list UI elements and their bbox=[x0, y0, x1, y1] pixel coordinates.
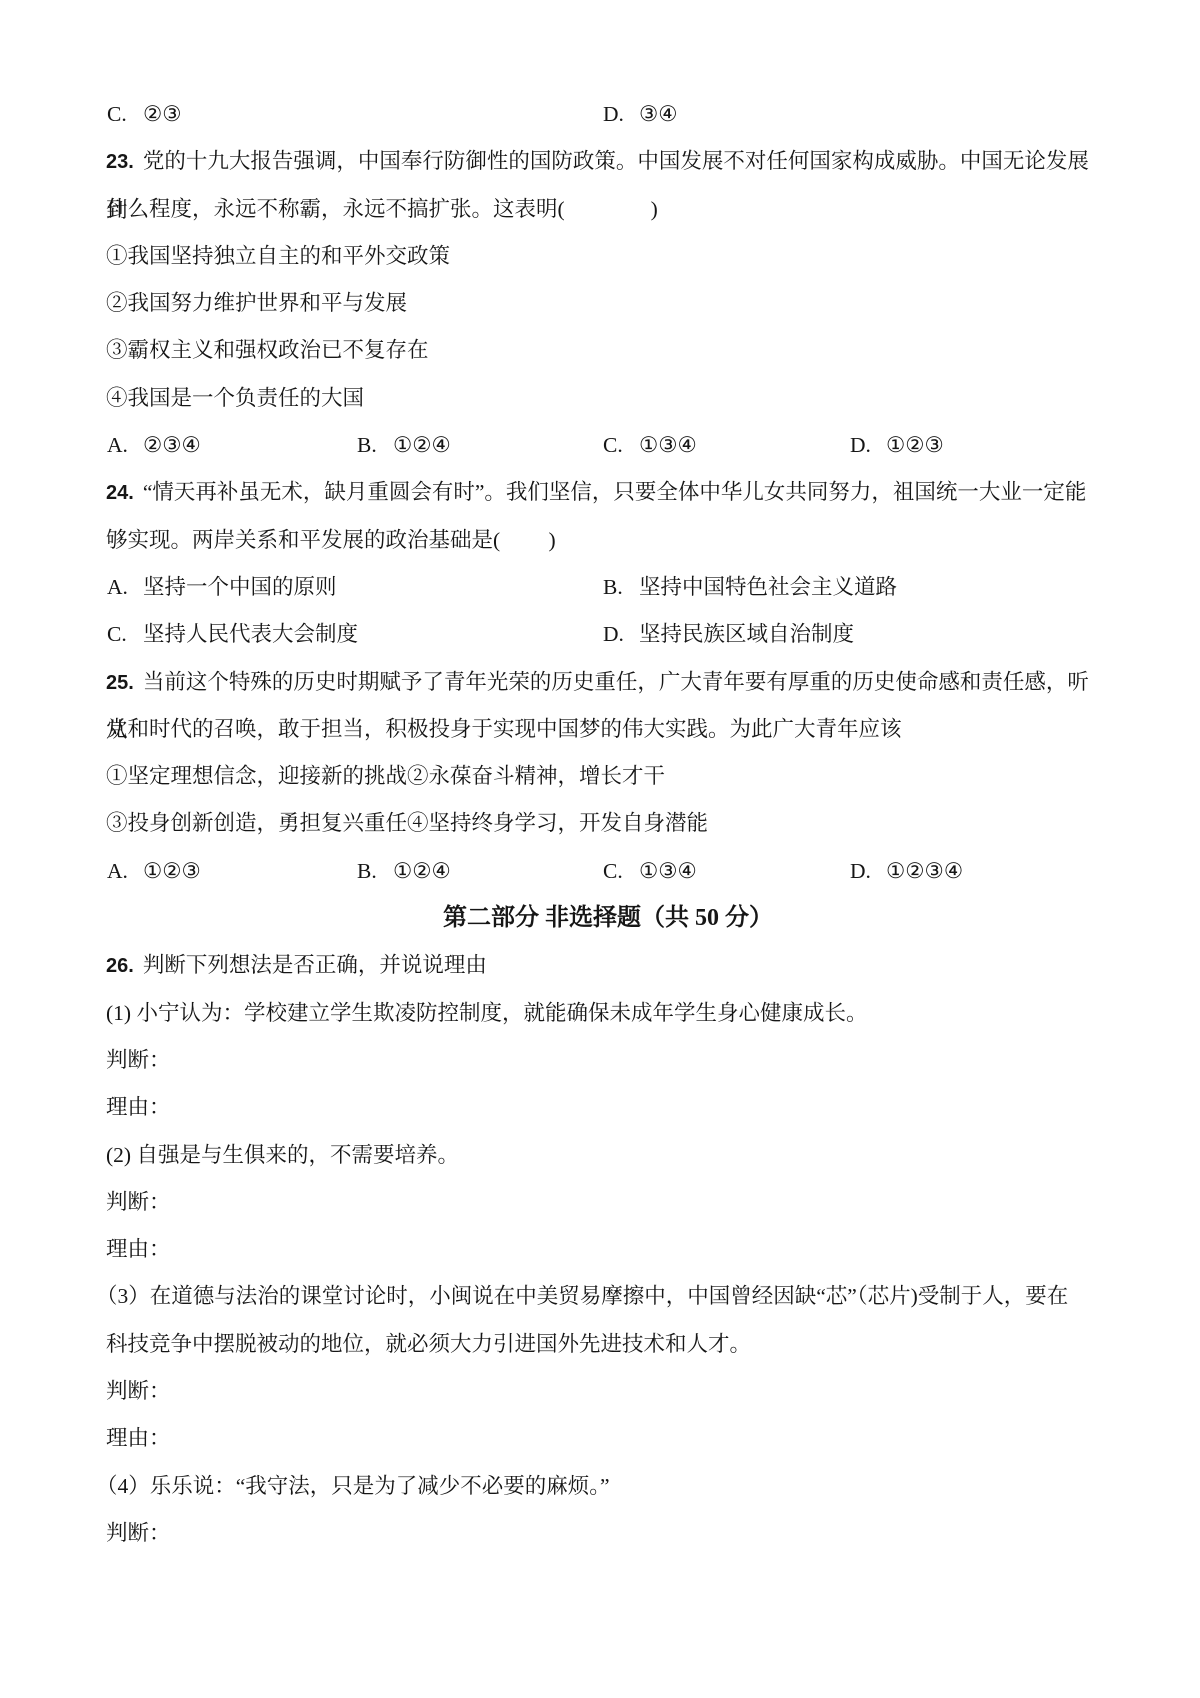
question-26-part-3-reason-label: 理由： bbox=[0, 1415, 1200, 1462]
statement-text: ③投身创新创造，勇担复兴重任④坚持终身学习，开发自身潜能 bbox=[106, 811, 708, 835]
statement-text: ②我国努力维护世界和平与发展 bbox=[106, 291, 407, 315]
reason-label: 理由： bbox=[106, 1095, 171, 1119]
question-23-stem-line-1: 23.党的十九大报告强调，中国奉行防御性的国防政策。中国发展不对任何国家构成威胁… bbox=[0, 138, 1200, 185]
option-text: 坚持民族区域自治制度 bbox=[639, 622, 854, 646]
question-25-item-line-1: ①坚定理想信念，迎接新的挑战②永葆奋斗精神，增长才干 bbox=[0, 753, 1200, 800]
option-c: C.①③④ bbox=[603, 848, 697, 895]
option-text: ②③④ bbox=[143, 433, 201, 457]
question-25-number: 25. bbox=[106, 672, 134, 694]
option-letter: D. bbox=[603, 611, 639, 658]
question-24-stem-line-2: 够实现。两岸关系和平发展的政治基础是( ) bbox=[0, 517, 1200, 564]
option-letter: C. bbox=[603, 848, 639, 895]
question-26-part-2-judge-label: 判断： bbox=[0, 1179, 1200, 1226]
option-b: B.坚持中国特色社会主义道路 bbox=[603, 564, 897, 611]
part-stem-text: 科技竞争中摆脱被动的地位，就必须大力引进国外先进技术和人才。 bbox=[106, 1332, 751, 1356]
question-26-part-1-judge-label: 判断： bbox=[0, 1037, 1200, 1084]
option-d: D.③④ bbox=[603, 91, 678, 138]
question-26-intro-text: 判断下列想法是否正确，并说说理由 bbox=[143, 953, 487, 977]
option-letter: D. bbox=[603, 91, 639, 138]
question-26-part-1-stem: (1) 小宁认为：学校建立学生欺凌防控制度，就能确保未成年学生身心健康成长。 bbox=[0, 990, 1200, 1037]
option-b: B.①②④ bbox=[357, 422, 451, 469]
question-24-options-row-2: C.坚持人民代表大会制度 D.坚持民族区域自治制度 bbox=[0, 611, 1200, 658]
question-25-options-row: A.①②③ B.①②④ C.①③④ D.①②③④ bbox=[0, 848, 1200, 895]
question-26-part-3-stem-line-2: 科技竞争中摆脱被动的地位，就必须大力引进国外先进技术和人才。 bbox=[0, 1321, 1200, 1368]
statement-text: ①我国坚持独立自主的和平外交政策 bbox=[106, 244, 450, 268]
option-d: D.坚持民族区域自治制度 bbox=[603, 611, 854, 658]
option-letter: D. bbox=[850, 422, 886, 469]
section-title-text: 第二部分 非选择题（共 50 分） bbox=[443, 905, 773, 931]
option-text: 坚持一个中国的原则 bbox=[143, 575, 337, 599]
question-24-number: 24. bbox=[106, 482, 134, 504]
exam-content: C.②③ D.③④ 23.党的十九大报告强调，中国奉行防御性的国防政策。中国发展… bbox=[0, 91, 1200, 1557]
reason-label: 理由： bbox=[106, 1237, 171, 1261]
question-23-item-3: ③霸权主义和强权政治已不复存在 bbox=[0, 327, 1200, 374]
question-26-part-3-judge-label: 判断： bbox=[0, 1368, 1200, 1415]
section-2-title: 第二部分 非选择题（共 50 分） bbox=[0, 895, 1200, 942]
question-25-stem-line-1: 25.当前这个特殊的历史时期赋予了青年光荣的历史重任，广大青年要有厚重的历史使命… bbox=[0, 659, 1200, 706]
question-26-part-2-stem: (2) 自强是与生俱来的，不需要培养。 bbox=[0, 1132, 1200, 1179]
part-stem-text: （4）乐乐说：“我守法，只是为了减少不必要的麻烦。” bbox=[96, 1474, 610, 1498]
statement-text: ①坚定理想信念，迎接新的挑战②永葆奋斗精神，增长才干 bbox=[106, 764, 665, 788]
option-text: 坚持人民代表大会制度 bbox=[143, 622, 358, 646]
option-a: A.坚持一个中国的原则 bbox=[107, 564, 337, 611]
judge-label: 判断： bbox=[106, 1379, 171, 1403]
option-c: C.②③ bbox=[107, 91, 182, 138]
option-text: ①②③ bbox=[143, 859, 201, 883]
question-23-stem-text: 什么程度，永远不称霸，永远不搞扩张。这表明( ) bbox=[106, 197, 658, 221]
option-d: D.①②③ bbox=[850, 422, 944, 469]
reason-label: 理由： bbox=[106, 1426, 171, 1450]
question-23-item-2: ②我国努力维护世界和平与发展 bbox=[0, 280, 1200, 327]
question-23-options-row: A.②③④ B.①②④ C.①③④ D.①②③ bbox=[0, 422, 1200, 469]
option-letter: D. bbox=[850, 848, 886, 895]
option-a: A.②③④ bbox=[107, 422, 201, 469]
question-23-stem-line-2: 什么程度，永远不称霸，永远不搞扩张。这表明( ) bbox=[0, 186, 1200, 233]
option-c: C.①③④ bbox=[603, 422, 697, 469]
option-text: ①②③④ bbox=[886, 859, 963, 883]
part-stem-text: （3）在道德与法治的课堂讨论时，小闽说在中美贸易摩擦中，中国曾经因缺“芯”（芯片… bbox=[96, 1284, 1068, 1308]
judge-label: 判断： bbox=[106, 1190, 171, 1214]
statement-text: ③霸权主义和强权政治已不复存在 bbox=[106, 338, 429, 362]
option-letter: C. bbox=[603, 422, 639, 469]
question-26-part-3-stem-line-1: （3）在道德与法治的课堂讨论时，小闽说在中美贸易摩擦中，中国曾经因缺“芯”（芯片… bbox=[0, 1273, 1200, 1320]
option-letter: A. bbox=[107, 848, 143, 895]
question-24-stem-text: “情天再补虽无术，缺月重圆会有时”。我们坚信，只要全体中华儿女共同努力，祖国统一… bbox=[143, 480, 1087, 504]
question-25-stem-line-2: 党和时代的召唤，敢于担当，积极投身于实现中国梦的伟大实践。为此广大青年应该 bbox=[0, 706, 1200, 753]
option-text: 坚持中国特色社会主义道路 bbox=[639, 575, 897, 599]
question-26-intro: 26.判断下列想法是否正确，并说说理由 bbox=[0, 942, 1200, 989]
option-letter: B. bbox=[357, 848, 393, 895]
question-26-number: 26. bbox=[106, 955, 134, 977]
judge-label: 判断： bbox=[106, 1521, 171, 1545]
carryover-options-row: C.②③ D.③④ bbox=[0, 91, 1200, 138]
option-text: ①②④ bbox=[393, 433, 451, 457]
option-text: ①②③ bbox=[886, 433, 944, 457]
option-text: ①②④ bbox=[393, 859, 451, 883]
option-d: D.①②③④ bbox=[850, 848, 963, 895]
option-letter: C. bbox=[107, 91, 143, 138]
question-26-part-2-reason-label: 理由： bbox=[0, 1226, 1200, 1273]
option-letter: A. bbox=[107, 564, 143, 611]
option-text: ③④ bbox=[639, 102, 678, 126]
question-25-item-line-2: ③投身创新创造，勇担复兴重任④坚持终身学习，开发自身潜能 bbox=[0, 800, 1200, 847]
question-24-options-row-1: A.坚持一个中国的原则 B.坚持中国特色社会主义道路 bbox=[0, 564, 1200, 611]
option-text: ②③ bbox=[143, 102, 182, 126]
statement-text: ④我国是一个负责任的大国 bbox=[106, 386, 364, 410]
option-text: ①③④ bbox=[639, 433, 697, 457]
question-23-item-1: ①我国坚持独立自主的和平外交政策 bbox=[0, 233, 1200, 280]
option-c: C.坚持人民代表大会制度 bbox=[107, 611, 358, 658]
judge-label: 判断： bbox=[106, 1048, 171, 1072]
part-stem-text: (1) 小宁认为：学校建立学生欺凌防控制度，就能确保未成年学生身心健康成长。 bbox=[106, 1001, 867, 1025]
question-24-stem-text: 够实现。两岸关系和平发展的政治基础是( ) bbox=[106, 528, 556, 552]
option-letter: B. bbox=[603, 564, 639, 611]
question-23-number: 23. bbox=[106, 151, 134, 173]
option-letter: B. bbox=[357, 422, 393, 469]
question-26-part-1-reason-label: 理由： bbox=[0, 1084, 1200, 1131]
option-letter: A. bbox=[107, 422, 143, 469]
question-23-item-4: ④我国是一个负责任的大国 bbox=[0, 375, 1200, 422]
question-26-part-4-stem: （4）乐乐说：“我守法，只是为了减少不必要的麻烦。” bbox=[0, 1463, 1200, 1510]
option-letter: C. bbox=[107, 611, 143, 658]
question-26-part-4-judge-label: 判断： bbox=[0, 1510, 1200, 1557]
question-25-stem-text: 党和时代的召唤，敢于担当，积极投身于实现中国梦的伟大实践。为此广大青年应该 bbox=[106, 717, 902, 741]
part-stem-text: (2) 自强是与生俱来的，不需要培养。 bbox=[106, 1143, 459, 1167]
option-b: B.①②④ bbox=[357, 848, 451, 895]
option-text: ①③④ bbox=[639, 859, 697, 883]
exam-document-page: C.②③ D.③④ 23.党的十九大报告强调，中国奉行防御性的国防政策。中国发展… bbox=[0, 0, 1200, 1698]
option-a: A.①②③ bbox=[107, 848, 201, 895]
question-24-stem-line-1: 24.“情天再补虽无术，缺月重圆会有时”。我们坚信，只要全体中华儿女共同努力，祖… bbox=[0, 469, 1200, 516]
